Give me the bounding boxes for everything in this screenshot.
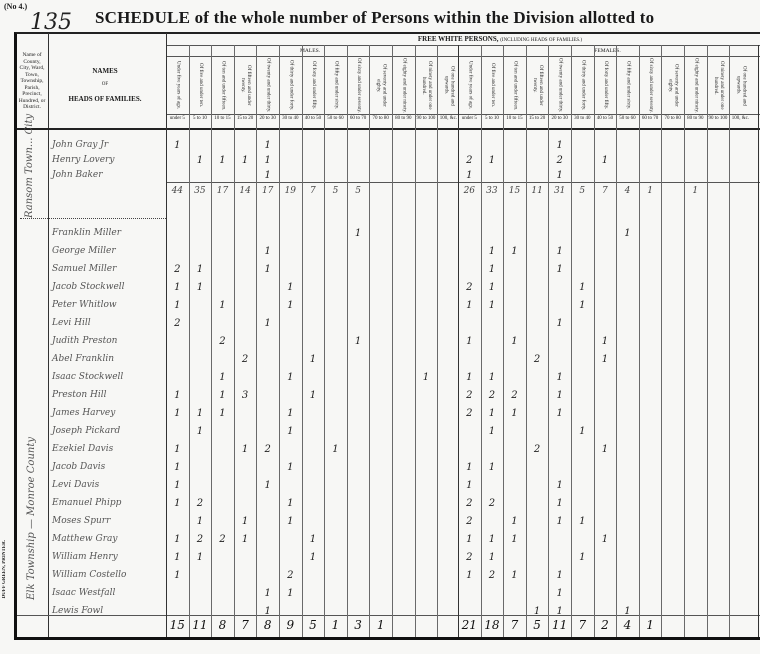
female-count: 1 bbox=[458, 372, 481, 383]
male-count: 1 bbox=[279, 462, 302, 473]
age-column-description: Of ninety and under one hundred. bbox=[415, 58, 438, 113]
female-count: 2 bbox=[458, 552, 481, 563]
female-count: 1 bbox=[458, 336, 481, 347]
male-count: 14 bbox=[234, 186, 257, 196]
female-count: 1 bbox=[616, 606, 639, 617]
age-column-description: Of one hundred and upwards. bbox=[437, 58, 460, 113]
female-count: 2 bbox=[481, 570, 504, 581]
age-column-description: Of forty and under fifty. bbox=[594, 58, 617, 113]
female-count: 1 bbox=[594, 354, 617, 365]
fwp-including: (INCLUDING HEADS OF FAMILIES.) bbox=[500, 38, 582, 43]
head-of-family-name: Samuel Miller bbox=[52, 264, 160, 274]
male-count: 1 bbox=[256, 155, 279, 166]
head-of-family-name: Jacob Davis bbox=[52, 462, 160, 472]
head-of-family-name: Ezekiel Davis bbox=[52, 444, 160, 454]
male-count: 9 bbox=[279, 618, 302, 632]
male-count: 2 bbox=[234, 354, 257, 365]
female-count: 1 bbox=[571, 300, 594, 311]
male-count: 1 bbox=[302, 390, 325, 401]
female-count: 2 bbox=[458, 408, 481, 419]
head-of-family-name: Lewis Fowl bbox=[52, 606, 160, 616]
age-column-range: 90 to 100 bbox=[415, 116, 438, 126]
male-count: 1 bbox=[256, 588, 279, 599]
column-line bbox=[661, 45, 662, 637]
head-of-family-name: William Henry bbox=[52, 552, 160, 562]
age-column-range: 70 to 80 bbox=[369, 116, 392, 126]
age-column-description: Of fifteen and under twenty. bbox=[526, 58, 549, 113]
male-count: 17 bbox=[256, 186, 279, 196]
female-count: 1 bbox=[548, 408, 571, 419]
female-count: 1 bbox=[639, 618, 662, 632]
age-column-description: Of seventy and under eighty. bbox=[369, 58, 392, 113]
female-count: 1 bbox=[526, 606, 549, 617]
female-count: 1 bbox=[481, 246, 504, 257]
county-divider bbox=[48, 33, 49, 637]
female-count: 1 bbox=[594, 155, 617, 166]
female-count: 1 bbox=[503, 408, 526, 419]
male-count: 1 bbox=[166, 480, 189, 491]
head-of-family-name: Matthew Gray bbox=[52, 534, 160, 544]
column-line bbox=[526, 45, 527, 637]
male-count: 1 bbox=[166, 140, 189, 151]
age-column-range: 80 to 90 bbox=[392, 116, 415, 126]
age-column-range: under 5 bbox=[166, 116, 189, 126]
male-count: 1 bbox=[347, 336, 370, 347]
female-count: 1 bbox=[481, 462, 504, 473]
age-column-range: 20 to 30 bbox=[256, 116, 279, 126]
column-line bbox=[548, 45, 549, 637]
female-count: 1 bbox=[616, 228, 639, 239]
age-column-description: Of forty and under fifty. bbox=[302, 58, 325, 113]
column-line bbox=[639, 45, 640, 637]
female-count: 2 bbox=[458, 155, 481, 166]
age-column-description: Of five and under ten. bbox=[481, 58, 504, 113]
male-count: 1 bbox=[189, 155, 212, 166]
female-count: 33 bbox=[481, 186, 504, 196]
age-column-range: 20 to 30 bbox=[548, 116, 571, 126]
age-column-range: under 5 bbox=[458, 116, 481, 126]
female-count: 1 bbox=[458, 570, 481, 581]
male-count: 1 bbox=[302, 354, 325, 365]
female-count: 1 bbox=[481, 155, 504, 166]
names-label: NAMES bbox=[50, 64, 160, 78]
male-count: 2 bbox=[189, 498, 212, 509]
male-count: 5 bbox=[347, 186, 370, 196]
male-count: 5 bbox=[324, 186, 347, 196]
male-count: 8 bbox=[256, 618, 279, 632]
male-count: 1 bbox=[166, 570, 189, 581]
male-count: 1 bbox=[211, 390, 234, 401]
male-count: 1 bbox=[166, 534, 189, 545]
age-column-description: Of sixty and under seventy. bbox=[347, 58, 370, 113]
age-column-range: 100, &c. bbox=[437, 116, 460, 126]
column-line bbox=[324, 45, 325, 637]
female-count: 18 bbox=[481, 618, 504, 632]
male-count: 1 bbox=[415, 372, 438, 383]
male-count: 35 bbox=[189, 186, 212, 196]
right-edge-line bbox=[758, 45, 759, 637]
column-line bbox=[189, 45, 190, 637]
male-count: 1 bbox=[189, 408, 212, 419]
age-column-description: Of ninety and under one hundred. bbox=[707, 58, 730, 113]
age-column-range: 100, &c. bbox=[729, 116, 752, 126]
head-of-family-name: John Gray Jr bbox=[52, 140, 160, 150]
female-count: 1 bbox=[458, 480, 481, 491]
male-count: 1 bbox=[279, 300, 302, 311]
head-of-family-name: Preston Hill bbox=[52, 390, 160, 400]
age-column-description: Under five years of age. bbox=[166, 58, 189, 113]
age-column-range: 80 to 90 bbox=[684, 116, 707, 126]
male-count: 5 bbox=[302, 618, 325, 632]
male-count: 19 bbox=[279, 186, 302, 196]
header-bottom-rule bbox=[17, 128, 760, 130]
age-column-description: Of twenty and under thirty. bbox=[256, 58, 279, 113]
male-count: 1 bbox=[166, 300, 189, 311]
female-count: 1 bbox=[458, 534, 481, 545]
column-line bbox=[369, 45, 370, 637]
age-column-range: 70 to 80 bbox=[661, 116, 684, 126]
male-count: 7 bbox=[234, 618, 257, 632]
female-count: 1 bbox=[548, 246, 571, 257]
female-count: 1 bbox=[548, 372, 571, 383]
male-count: 1 bbox=[256, 170, 279, 181]
female-count: 2 bbox=[458, 282, 481, 293]
female-count: 2 bbox=[594, 618, 617, 632]
head-of-family-name: George Miller bbox=[52, 246, 160, 256]
male-count: 1 bbox=[302, 534, 325, 545]
female-count: 1 bbox=[548, 140, 571, 151]
female-count: 11 bbox=[526, 186, 549, 196]
male-count: 1 bbox=[234, 516, 257, 527]
male-count: 1 bbox=[279, 588, 302, 599]
female-count: 1 bbox=[548, 264, 571, 275]
column-line bbox=[571, 45, 572, 637]
age-column-range: 5 to 10 bbox=[189, 116, 212, 126]
female-count: 1 bbox=[548, 498, 571, 509]
age-column-description: Of fifteen and under twenty. bbox=[234, 58, 257, 113]
female-count: 1 bbox=[548, 570, 571, 581]
column-line bbox=[279, 45, 280, 637]
head-of-family-name: Levi Hill bbox=[52, 318, 160, 328]
female-count: 26 bbox=[458, 186, 481, 196]
female-count: 2 bbox=[458, 390, 481, 401]
column-line bbox=[481, 45, 482, 637]
age-column-description: Under five years of age. bbox=[458, 58, 481, 113]
head-of-family-name: Isaac Stockwell bbox=[52, 372, 160, 382]
column-line bbox=[684, 45, 685, 637]
female-count: 1 bbox=[458, 170, 481, 181]
age-column-range: 15 to 20 bbox=[526, 116, 549, 126]
female-count: 1 bbox=[639, 186, 662, 196]
age-column-range: 40 to 50 bbox=[302, 116, 325, 126]
age-column-description: Of fifty and under sixty. bbox=[324, 58, 347, 113]
column-line bbox=[256, 45, 257, 637]
section-divider bbox=[20, 218, 166, 219]
female-count: 1 bbox=[481, 264, 504, 275]
male-count: 1 bbox=[166, 408, 189, 419]
female-count: 1 bbox=[548, 318, 571, 329]
female-count: 2 bbox=[458, 516, 481, 527]
male-count: 1 bbox=[189, 426, 212, 437]
sex-rule bbox=[166, 56, 760, 57]
male-count: 1 bbox=[256, 246, 279, 257]
female-count: 1 bbox=[548, 516, 571, 527]
female-count: 1 bbox=[548, 390, 571, 401]
male-count: 1 bbox=[302, 552, 325, 563]
head-of-family-name: Henry Lovery bbox=[52, 155, 160, 165]
male-count: 3 bbox=[234, 390, 257, 401]
age-column-description: Of eighty and under ninety. bbox=[392, 58, 415, 113]
male-count: 1 bbox=[324, 444, 347, 455]
male-count: 2 bbox=[166, 318, 189, 329]
age-column-range: 50 to 60 bbox=[616, 116, 639, 126]
male-count: 1 bbox=[211, 155, 234, 166]
head-of-family-name: William Costello bbox=[52, 570, 160, 580]
male-count: 1 bbox=[256, 140, 279, 151]
names-or-label: OF bbox=[50, 78, 160, 92]
age-column-range: 15 to 20 bbox=[234, 116, 257, 126]
female-count: 21 bbox=[458, 618, 481, 632]
free-white-persons-header: FREE WHITE PERSONS, (INCLUDING HEADS OF … bbox=[300, 35, 700, 43]
male-count: 2 bbox=[211, 336, 234, 347]
head-of-family-name: John Baker bbox=[52, 170, 160, 180]
desc-rule bbox=[166, 114, 760, 115]
male-count: 8 bbox=[211, 618, 234, 632]
age-column-description: Of one hundred and upwards. bbox=[729, 58, 752, 113]
female-count: 1 bbox=[571, 426, 594, 437]
male-count: 2 bbox=[256, 444, 279, 455]
male-count: 1 bbox=[234, 444, 257, 455]
female-count: 5 bbox=[571, 186, 594, 196]
female-count: 1 bbox=[481, 372, 504, 383]
female-count: 1 bbox=[481, 426, 504, 437]
male-count: 1 bbox=[279, 408, 302, 419]
female-count: 1 bbox=[571, 516, 594, 527]
male-count: 1 bbox=[211, 372, 234, 383]
male-count: 1 bbox=[279, 426, 302, 437]
male-count: 1 bbox=[256, 264, 279, 275]
age-column-description: Of ten and under fifteen. bbox=[503, 58, 526, 113]
head-of-family-name: Moses Spurr bbox=[52, 516, 160, 526]
age-column-description: Of thirty and under forty. bbox=[279, 58, 302, 113]
head-of-family-name: James Harvey bbox=[52, 408, 160, 418]
female-count: 1 bbox=[548, 480, 571, 491]
female-count: 1 bbox=[481, 534, 504, 545]
female-count: 2 bbox=[458, 498, 481, 509]
male-count: 1 bbox=[189, 282, 212, 293]
head-of-family-name: Franklin Miller bbox=[52, 228, 160, 238]
head-of-family-name: Judith Preston bbox=[52, 336, 160, 346]
male-count: 1 bbox=[279, 372, 302, 383]
male-count: 1 bbox=[279, 282, 302, 293]
schedule-number: (No 4.) bbox=[4, 2, 27, 11]
column-line bbox=[729, 45, 730, 637]
column-line bbox=[616, 45, 617, 637]
head-of-family-name: Abel Franklin bbox=[52, 354, 160, 364]
male-count: 7 bbox=[302, 186, 325, 196]
female-count: 4 bbox=[616, 618, 639, 632]
female-count: 1 bbox=[594, 444, 617, 455]
female-count: 2 bbox=[503, 390, 526, 401]
male-count: 1 bbox=[166, 390, 189, 401]
female-count: 1 bbox=[458, 462, 481, 473]
age-column-range: 40 to 50 bbox=[594, 116, 617, 126]
female-count: 5 bbox=[526, 618, 549, 632]
female-count: 1 bbox=[594, 534, 617, 545]
male-count: 1 bbox=[234, 534, 257, 545]
age-column-range: 10 to 15 bbox=[503, 116, 526, 126]
female-count: 1 bbox=[548, 606, 571, 617]
county-column-header: Name of County, City, Ward, Town, Townsh… bbox=[18, 52, 46, 111]
female-count: 2 bbox=[526, 444, 549, 455]
female-count: 7 bbox=[571, 618, 594, 632]
age-column-description: Of twenty and under thirty. bbox=[548, 58, 571, 113]
male-count: 3 bbox=[347, 618, 370, 632]
male-count: 1 bbox=[234, 155, 257, 166]
male-count: 1 bbox=[347, 228, 370, 239]
page-title: SCHEDULE of the whole number of Persons … bbox=[95, 8, 654, 28]
age-column-range: 10 to 15 bbox=[211, 116, 234, 126]
female-count: 11 bbox=[548, 618, 571, 632]
female-count: 2 bbox=[548, 155, 571, 166]
female-count: 1 bbox=[503, 570, 526, 581]
female-count: 1 bbox=[594, 336, 617, 347]
age-column-range: 30 to 40 bbox=[279, 116, 302, 126]
age-column-range: 5 to 10 bbox=[481, 116, 504, 126]
age-column-range: 60 to 70 bbox=[639, 116, 662, 126]
column-line bbox=[302, 45, 303, 637]
column-line bbox=[392, 45, 393, 637]
male-count: 1 bbox=[279, 498, 302, 509]
female-count: 2 bbox=[526, 354, 549, 365]
age-column-range: 50 to 60 bbox=[324, 116, 347, 126]
head-of-family-name: Peter Whitlow bbox=[52, 300, 160, 310]
female-count: 7 bbox=[503, 618, 526, 632]
female-count: 1 bbox=[684, 186, 707, 196]
male-count: 1 bbox=[189, 516, 212, 527]
head-of-family-name: Levi Davis bbox=[52, 480, 160, 490]
male-count: 2 bbox=[279, 570, 302, 581]
district-label: Ransom Town... City bbox=[24, 140, 35, 218]
head-of-family-name: Joseph Pickard bbox=[52, 426, 160, 436]
male-count: 1 bbox=[324, 618, 347, 632]
age-column-description: Of eighty and under ninety. bbox=[684, 58, 707, 113]
male-count: 1 bbox=[189, 264, 212, 275]
male-count: 1 bbox=[166, 282, 189, 293]
age-column-range: 60 to 70 bbox=[347, 116, 370, 126]
age-column-range: 30 to 40 bbox=[571, 116, 594, 126]
fwp-label: FREE WHITE PERSONS, bbox=[418, 35, 499, 43]
male-count: 1 bbox=[211, 300, 234, 311]
subtotal-rule bbox=[166, 182, 760, 183]
male-count: 1 bbox=[279, 516, 302, 527]
column-line bbox=[437, 45, 438, 637]
head-of-family-name: Jacob Stockwell bbox=[52, 282, 160, 292]
head-of-family-name: Emanuel Phipp bbox=[52, 498, 160, 508]
female-count: 1 bbox=[481, 300, 504, 311]
female-count: 1 bbox=[571, 282, 594, 293]
age-column-description: Of five and under ten. bbox=[189, 58, 212, 113]
female-count: 1 bbox=[481, 552, 504, 563]
age-column-range: 90 to 100 bbox=[707, 116, 730, 126]
female-count: 2 bbox=[481, 390, 504, 401]
male-count: 44 bbox=[166, 186, 189, 196]
male-count: 1 bbox=[166, 444, 189, 455]
female-count: 1 bbox=[481, 408, 504, 419]
male-count: 2 bbox=[211, 534, 234, 545]
female-count: 15 bbox=[503, 186, 526, 196]
female-count: 1 bbox=[548, 588, 571, 599]
females-header: FEMALES. bbox=[455, 48, 760, 54]
fwp-rule bbox=[166, 45, 760, 46]
heads-label: HEADS OF FAMILIES. bbox=[50, 92, 160, 106]
district-label: Elk Township — Monroe County bbox=[26, 240, 37, 600]
female-count: 1 bbox=[503, 534, 526, 545]
male-count: 11 bbox=[189, 618, 212, 632]
column-line bbox=[707, 45, 708, 637]
male-count: 1 bbox=[166, 498, 189, 509]
female-count: 1 bbox=[503, 246, 526, 257]
female-count: 4 bbox=[616, 186, 639, 196]
age-column-description: Of sixty and under seventy. bbox=[639, 58, 662, 113]
male-count: 1 bbox=[256, 318, 279, 329]
age-column-description: Of ten and under fifteen. bbox=[211, 58, 234, 113]
female-count: 1 bbox=[481, 282, 504, 293]
female-count: 1 bbox=[503, 336, 526, 347]
female-count: 1 bbox=[458, 300, 481, 311]
column-line bbox=[234, 45, 235, 637]
female-count: 7 bbox=[594, 186, 617, 196]
head-of-family-name: Isaac Westfall bbox=[52, 588, 160, 598]
female-count: 1 bbox=[571, 552, 594, 563]
male-count: 2 bbox=[189, 534, 212, 545]
male-count: 1 bbox=[189, 552, 212, 563]
age-column-description: Of fifty and under sixty. bbox=[616, 58, 639, 113]
female-count: 1 bbox=[548, 170, 571, 181]
male-count: 1 bbox=[211, 408, 234, 419]
names-column-header: NAMES OF HEADS OF FAMILIES. bbox=[50, 64, 160, 106]
female-count: 2 bbox=[481, 498, 504, 509]
male-count: 1 bbox=[166, 552, 189, 563]
male-count: 1 bbox=[256, 480, 279, 491]
male-count: 1 bbox=[256, 606, 279, 617]
male-count: 17 bbox=[211, 186, 234, 196]
age-column-description: Of seventy and under eighty. bbox=[661, 58, 684, 113]
female-count: 1 bbox=[503, 516, 526, 527]
male-count: 2 bbox=[166, 264, 189, 275]
male-count: 1 bbox=[166, 462, 189, 473]
column-line bbox=[415, 45, 416, 637]
printer-imprint: DUFF GREEN, PRINTER. bbox=[2, 540, 7, 598]
male-count: 15 bbox=[166, 618, 189, 632]
female-count: 31 bbox=[548, 186, 571, 196]
age-column-description: Of thirty and under forty. bbox=[571, 58, 594, 113]
male-count: 1 bbox=[369, 618, 392, 632]
